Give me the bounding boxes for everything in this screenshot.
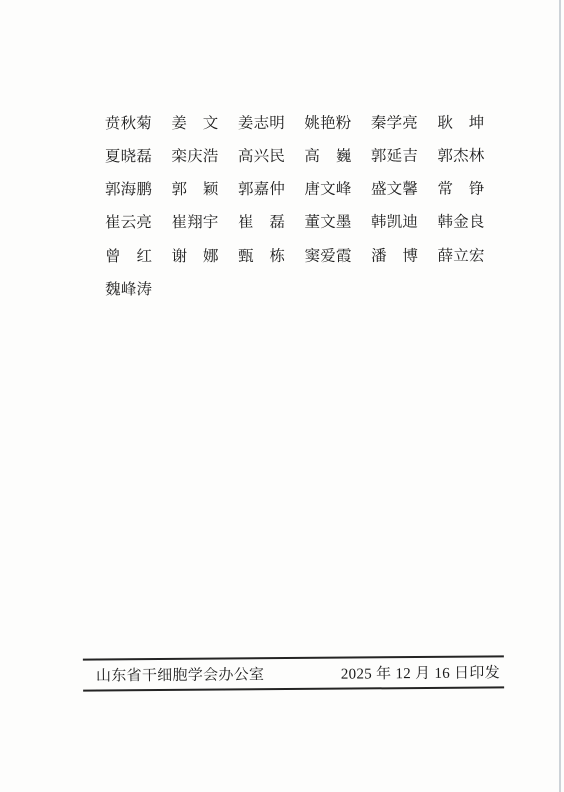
- name-item: 耿 坤: [437, 115, 504, 131]
- name-item: 韩凯迪: [371, 215, 438, 231]
- name-item: 韩金良: [438, 215, 505, 231]
- name-item: 魏峰涛: [105, 282, 172, 298]
- name-item: 潘 博: [371, 248, 438, 264]
- name-item: 姜志明: [238, 116, 305, 132]
- name-item: 崔 磊: [238, 215, 305, 231]
- name-item: 夏晓磊: [105, 149, 172, 165]
- name-item: 董文墨: [305, 215, 372, 231]
- name-item: 贲秋菊: [105, 116, 172, 132]
- name-item: 谢 娜: [172, 249, 239, 265]
- name-item: 姚艳粉: [304, 116, 371, 132]
- name-item: 秦学亮: [371, 116, 438, 132]
- name-item: 薛立宏: [438, 248, 505, 264]
- footer-imprint-block: 山东省干细胞学会办公室 2025 年 12 月 16 日印发: [83, 655, 504, 691]
- name-item: 窦爱霞: [305, 248, 372, 264]
- name-item: 高兴民: [238, 149, 305, 165]
- name-item: 郭海鹏: [105, 182, 172, 198]
- issuing-office: 山东省干细胞学会办公室: [96, 663, 264, 685]
- name-item: 郭延吉: [371, 149, 438, 165]
- name-item: 常 铮: [437, 182, 504, 198]
- name-item: 栾庆浩: [171, 149, 238, 165]
- name-item: 曾 红: [105, 249, 172, 265]
- scan-edge-artifact: [559, 0, 561, 792]
- name-item: 郭嘉仲: [238, 182, 305, 198]
- name-item: 姜 文: [171, 116, 238, 132]
- name-item: 崔翔宇: [172, 216, 239, 232]
- document-page: 贲秋菊 姜 文 姜志明 姚艳粉 秦学亮 耿 坤 夏晓磊 栾庆浩 高兴民 高 巍 …: [0, 0, 564, 792]
- name-item: 郭 颖: [171, 182, 238, 198]
- name-item: 唐文峰: [304, 182, 371, 198]
- print-date: 2025 年 12 月 16 日印发: [341, 661, 500, 683]
- name-item: 高 巍: [304, 149, 371, 165]
- name-item: 崔云亮: [105, 216, 172, 232]
- name-item: 郭杰林: [437, 149, 504, 165]
- name-list: 贲秋菊 姜 文 姜志明 姚艳粉 秦学亮 耿 坤 夏晓磊 栾庆浩 高兴民 高 巍 …: [105, 107, 504, 307]
- name-item: 甄 栋: [238, 249, 305, 265]
- name-item: 盛文馨: [371, 182, 438, 198]
